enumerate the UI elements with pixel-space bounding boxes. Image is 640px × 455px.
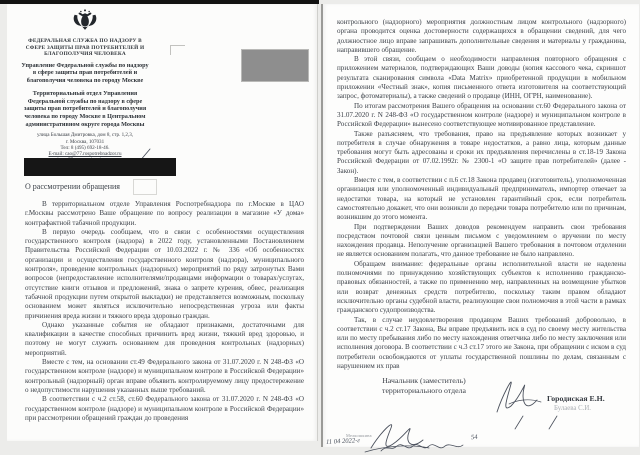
territorial-unit-name: Территориальный отдел Управления Федерал… [21, 90, 149, 129]
department-name: Управление Федеральной службы по надзору… [21, 62, 149, 85]
page2-body: контрольного (надзорного) мероприятия до… [337, 18, 626, 371]
paragraph: В этой связи, сообщаем о необходимости н… [337, 55, 626, 101]
handwritten-tick-marks [511, 414, 559, 432]
faint-stamp-box [133, 179, 157, 195]
document-scan: ФЕДЕРАЛЬНАЯ СЛУЖБА ПО НАДЗОРУ В СФЕРЕ ЗА… [0, 0, 640, 455]
handwritten-date-note: 11 04 2022-г [326, 437, 360, 446]
paragraph: Также разъясняем, что требования, право … [337, 130, 626, 176]
letter-page-2: контрольного (надзорного) мероприятия до… [321, 4, 639, 447]
paragraph: контрольного (надзорного) мероприятия до… [337, 18, 626, 55]
reference-redaction-bar [24, 158, 176, 176]
page1-body: В территориальном отделе Управления Росп… [25, 200, 304, 423]
letter-subject: О рассмотрении обращения [25, 182, 185, 191]
handwritten-word-squiggle [377, 440, 469, 455]
paragraph: Вместе с тем, на основании ст.49 Федерал… [25, 358, 304, 395]
state-emblem-eagle-icon [21, 8, 149, 36]
address-line-1: улица Большая Дмитровка, дом 8, стр. 1,2… [21, 132, 149, 138]
handwritten-number-note: 54 [471, 434, 478, 441]
paragraph: В территориальном отделе Управления Росп… [25, 200, 304, 228]
paragraph: При подтверждении Ваших доводов рекоменд… [337, 223, 626, 260]
paragraph: В первую очередь сообщаем, что в связи с… [25, 228, 304, 321]
letterhead: ФЕДЕРАЛЬНАЯ СЛУЖБА ПО НАДЗОРУ В СФЕРЕ ЗА… [21, 8, 149, 176]
agency-name: ФЕДЕРАЛЬНАЯ СЛУЖБА ПО НАДЗОРУ В СФЕРЕ ЗА… [21, 38, 149, 58]
paragraph: В соответствии с ч.2 ст.58, ст.60 Федера… [25, 395, 304, 423]
paragraph: Однако указанные события не обладают при… [25, 321, 304, 358]
handwritten-signature [489, 370, 555, 420]
paragraph: По итогам рассмотрения Вашего обращения … [337, 102, 626, 130]
paragraph: Обращаем внимание: федеральные органы ис… [337, 260, 626, 316]
paragraph: Вместе с тем, в соответствии с п.6 ст.18… [337, 176, 626, 222]
signer-name-primary: Городиская Е.Н. [547, 394, 605, 403]
letter-page-1: ФЕДЕРАЛЬНАЯ СЛУЖБА ПО НАДЗОРУ В СФЕРЕ ЗА… [7, 4, 318, 441]
paragraph: Так, в случае неудовлетворения продавцом… [337, 316, 626, 372]
stamp-corner-mark [170, 45, 185, 55]
signer-title: Начальник (заместитель) территориального… [369, 376, 479, 396]
signer-name-secondary: Булаева С.И. [554, 405, 591, 412]
addressee-redaction-box [242, 50, 308, 81]
